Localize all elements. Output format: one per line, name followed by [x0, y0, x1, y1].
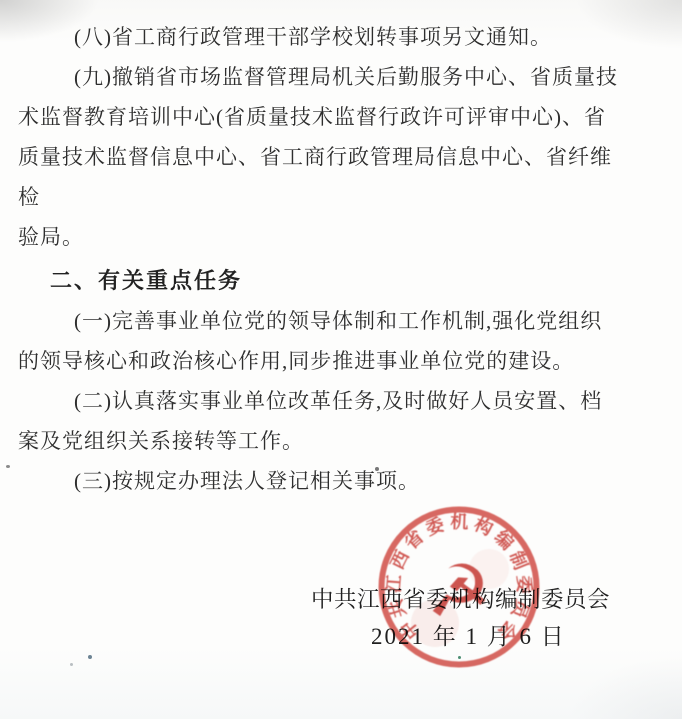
signature-date: 2021 年 1 月 6 日 — [371, 618, 566, 651]
scan-artifact — [6, 465, 10, 468]
scan-artifact — [88, 655, 92, 659]
document-body: (八)省工商行政管理干部学校划转事项另文通知。 (九)撤销省市场监督管理局机关后… — [18, 10, 632, 501]
signature-org: 中共江西省委机构编制委员会 — [311, 582, 610, 614]
paragraph-line: (一)完善事业单位党的领导体制和工作机制,强化党组织 — [18, 301, 632, 341]
scan-artifact — [70, 663, 73, 666]
paragraph-line: (三)按规定办理法人登记相关事项。 — [18, 461, 632, 501]
paragraph-line: 质量技术监督信息中心、省工商行政管理局信息中心、省纤维检 — [18, 137, 632, 217]
scan-artifact — [375, 467, 379, 471]
paragraph-line: 术监督教育培训中心(省质量技术监督行政许可评审中心)、省 — [18, 97, 632, 137]
paragraph-line: 案及党组织关系接转等工作。 — [18, 421, 632, 461]
paragraph-line: 的领导核心和政治核心作用,同步推进事业单位党的建设。 — [18, 341, 632, 381]
document-page: (八)省工商行政管理干部学校划转事项另文通知。 (九)撤销省市场监督管理局机关后… — [0, 0, 682, 719]
scan-artifact — [458, 656, 461, 659]
section-heading: 二、有关重点任务 — [50, 261, 632, 301]
paragraph-line: (八)省工商行政管理干部学校划转事项另文通知。 — [18, 17, 632, 57]
paragraph-line: 验局。 — [18, 217, 632, 257]
paragraph-line: (二)认真落实事业单位改革任务,及时做好人员安置、档 — [18, 381, 632, 421]
paragraph-line: (九)撤销省市场监督管理局机关后勤服务中心、省质量技 — [18, 57, 632, 97]
